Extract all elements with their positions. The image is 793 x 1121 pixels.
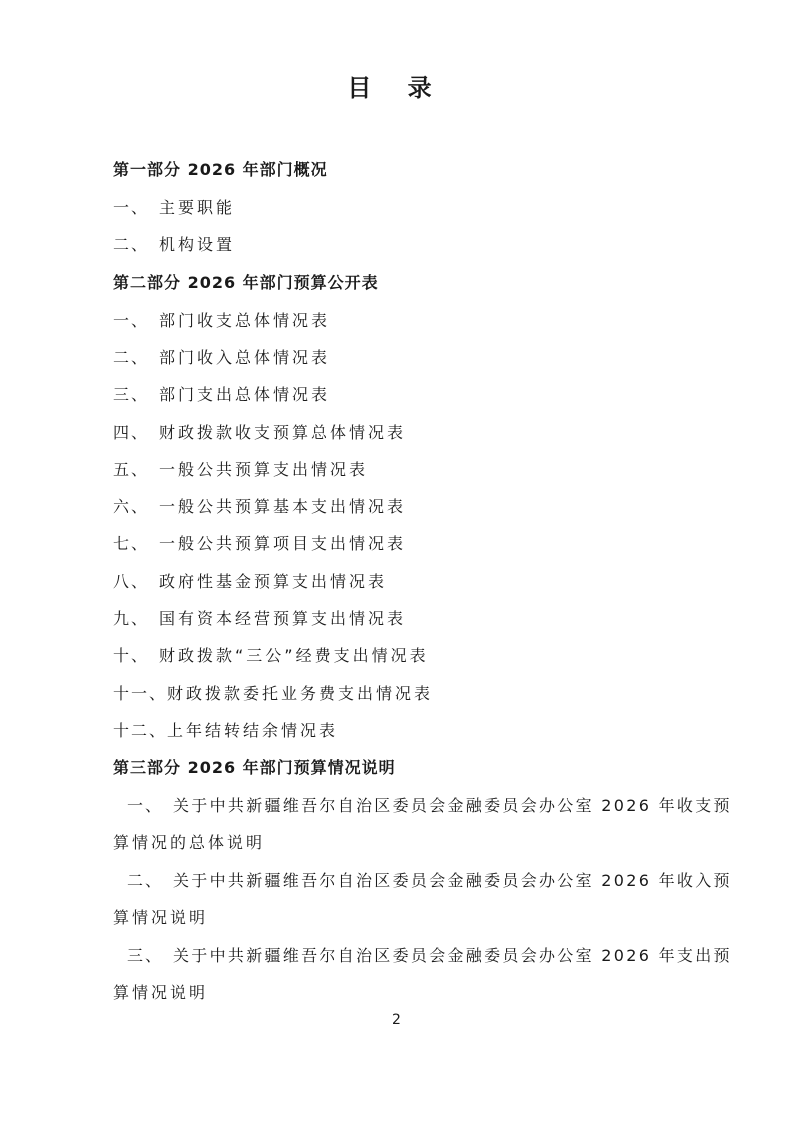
item-number: 二、 (127, 868, 173, 891)
item-label-line2: 算情况说明 (113, 980, 208, 1003)
item-label: 主要职能 (159, 198, 235, 217)
item-number: 二、 (113, 345, 159, 368)
part-3-heading: 第三部分 2026 年部门预算情况说明 (113, 755, 396, 778)
toc-item: 九、国有资本经营预算支出情况表 (113, 606, 406, 629)
toc-item: 二、机构设置 (113, 232, 235, 255)
item-label: 部门收入总体情况表 (159, 348, 330, 367)
item-number: 一、 (113, 308, 159, 331)
item-label: 财政拨款“三公”经费支出情况表 (159, 646, 429, 665)
item-label: 部门收支总体情况表 (159, 311, 330, 330)
item-label: 财政拨款委托业务费支出情况表 (167, 684, 433, 703)
item-label: 国有资本经营预算支出情况表 (159, 609, 406, 628)
item-label: 一般公共预算基本支出情况表 (159, 497, 406, 516)
item-number: 二、 (113, 232, 159, 255)
toc-item: 十、财政拨款“三公”经费支出情况表 (113, 643, 429, 666)
page-title: 目 录 (0, 68, 793, 103)
toc-item: 一、主要职能 (113, 195, 235, 218)
item-label: 一般公共预算项目支出情况表 (159, 534, 406, 553)
item-number: 八、 (113, 569, 159, 592)
toc-item: 二、部门收入总体情况表 (113, 345, 330, 368)
item-number: 六、 (113, 494, 159, 517)
part-1-heading: 第一部分 2026 年部门概况 (113, 157, 328, 180)
item-label-line1: 关于中共新疆维吾尔自治区委员会金融委员会办公室 2026 年收入预 (173, 871, 732, 890)
item-label-line1: 关于中共新疆维吾尔自治区委员会金融委员会办公室 2026 年支出预 (173, 946, 732, 965)
item-number: 三、 (127, 943, 173, 966)
toc-item: 十二、上年结转结余情况表 (113, 718, 338, 741)
toc-item: 五、一般公共预算支出情况表 (113, 457, 368, 480)
item-number: 十一、 (113, 681, 167, 704)
item-number: 九、 (113, 606, 159, 629)
item-label: 一般公共预算支出情况表 (159, 460, 368, 479)
toc-item: 二、关于中共新疆维吾尔自治区委员会金融委员会办公室 2026 年收入预 (113, 868, 732, 891)
item-number: 十二、 (113, 718, 167, 741)
part-2-heading: 第二部分 2026 年部门预算公开表 (113, 270, 379, 293)
toc-item: 一、部门收支总体情况表 (113, 308, 330, 331)
toc-item: 一、关于中共新疆维吾尔自治区委员会金融委员会办公室 2026 年收支预 (113, 793, 732, 816)
toc-item: 七、一般公共预算项目支出情况表 (113, 531, 406, 554)
page-number: 2 (0, 1012, 793, 1028)
item-label: 机构设置 (159, 235, 235, 254)
item-label: 部门支出总体情况表 (159, 385, 330, 404)
item-number: 五、 (113, 457, 159, 480)
item-number: 七、 (113, 531, 159, 554)
item-label-line2: 算情况说明 (113, 905, 208, 928)
toc-item: 三、关于中共新疆维吾尔自治区委员会金融委员会办公室 2026 年支出预 (113, 943, 732, 966)
item-label-line2: 算情况的总体说明 (113, 830, 265, 853)
item-number: 三、 (113, 382, 159, 405)
item-label-line1: 关于中共新疆维吾尔自治区委员会金融委员会办公室 2026 年收支预 (173, 796, 732, 815)
item-label: 上年结转结余情况表 (167, 721, 338, 740)
toc-item: 十一、财政拨款委托业务费支出情况表 (113, 681, 433, 704)
item-label: 政府性基金预算支出情况表 (159, 572, 387, 591)
toc-item: 六、一般公共预算基本支出情况表 (113, 494, 406, 517)
item-number: 四、 (113, 420, 159, 443)
item-number: 一、 (127, 793, 173, 816)
item-number: 十、 (113, 643, 159, 666)
toc-item: 四、财政拨款收支预算总体情况表 (113, 420, 406, 443)
toc-item: 八、政府性基金预算支出情况表 (113, 569, 387, 592)
toc-item: 三、部门支出总体情况表 (113, 382, 330, 405)
item-number: 一、 (113, 195, 159, 218)
item-label: 财政拨款收支预算总体情况表 (159, 423, 406, 442)
